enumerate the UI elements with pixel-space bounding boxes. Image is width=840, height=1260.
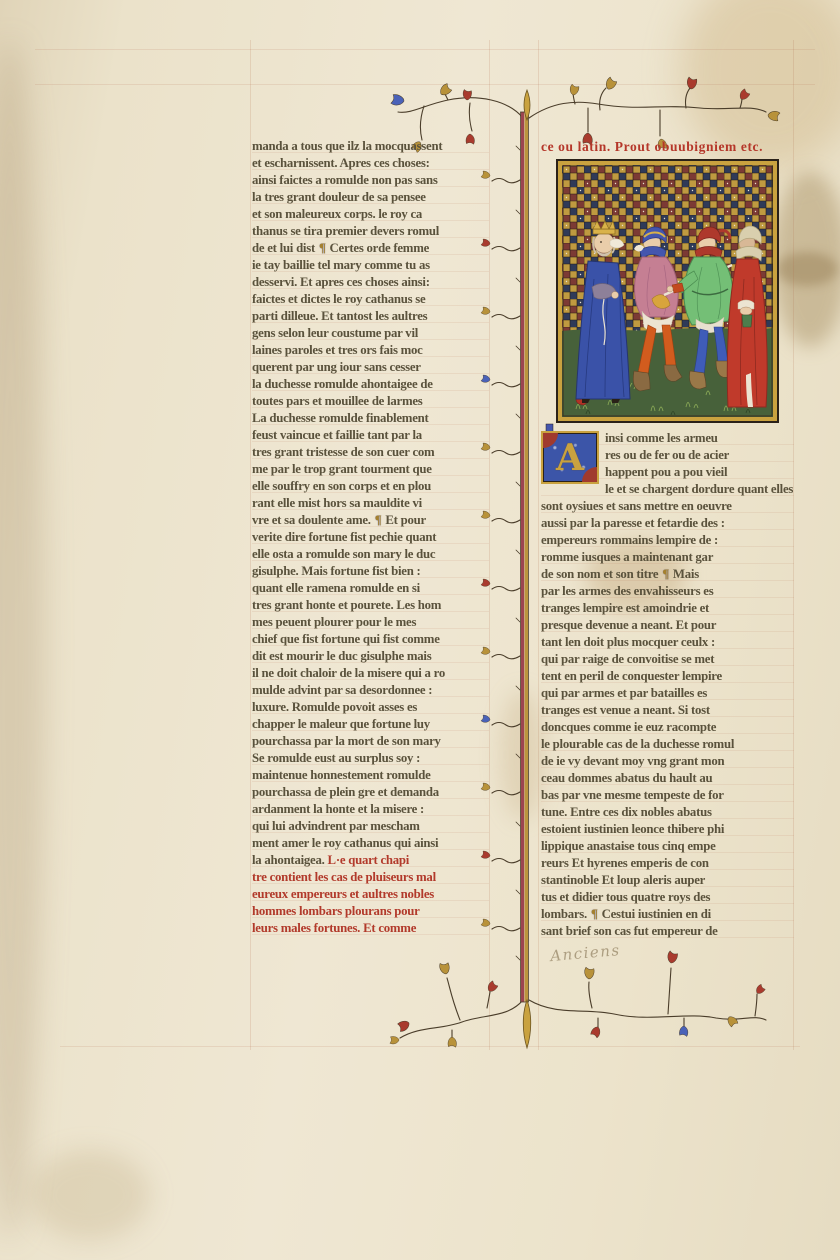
text-line: mes peuent plourer pour le mes	[252, 614, 489, 631]
initial-corner-ornament	[582, 467, 597, 482]
text-line: tent en peril de conquester lempire	[541, 668, 794, 685]
text-line: maintenue honnestement romulde	[252, 767, 489, 784]
text-line: mulde advint par sa desordonnee :	[252, 682, 489, 699]
text-line: pourchassa par la mort de son mary	[252, 733, 489, 750]
text-line: par les armes des envahisseurs es	[541, 583, 794, 600]
text-line: La duchesse romulde finablement	[252, 410, 489, 427]
text-line: rant elle mist hors sa mauldite vi	[252, 495, 489, 512]
text-line: feust vaincue et faillie tant par la	[252, 427, 489, 444]
text-line: tre contient les cas de pluiseurs mal	[252, 869, 489, 886]
text-line: de ie vy devant moy vng grant mon	[541, 753, 794, 770]
text-line: ainsi faictes a romulde non pas sans	[252, 172, 489, 189]
text-line: Se romulde eust au surplus soy :	[252, 750, 489, 767]
text-line: querent par ung iour sans cesser	[252, 359, 489, 376]
miniature-painting	[556, 159, 779, 423]
text-line: reurs Et hyrenes emperis de con	[541, 855, 794, 872]
text-line: dit est mourir le duc gisulphe mais	[252, 648, 489, 665]
text-line: eureux empereurs et aultres nobles	[252, 886, 489, 903]
pilcrow-mark: ¶	[590, 907, 599, 921]
text-line: desservi. Et apres ces choses ainsi:	[252, 274, 489, 291]
pilcrow-mark: ¶	[318, 241, 327, 255]
text-line: et escharnissent. Apres ces choses:	[252, 155, 489, 172]
text-line: et son maleureux corps. le roy ca	[252, 206, 489, 223]
text-line: de son nom et son titre ¶ Mais	[541, 566, 794, 583]
text-line: chapper le maleur que fortune luy	[252, 716, 489, 733]
text-line: sont oysiues et sans mettre en oeuvre	[541, 498, 794, 515]
text-line: tune. Entre ces dix nobles abatus	[541, 804, 794, 821]
text-line: tres grant tristesse de son cuer com	[252, 444, 489, 461]
text-line: leurs males fortunes. Et comme	[252, 920, 489, 937]
text-line: estoient iustinien leonce thibere phi	[541, 821, 794, 838]
text-line: empereurs rommains lempire de :	[541, 532, 794, 549]
text-line: pourchassa de plein gre et demanda	[252, 784, 489, 801]
text-line: aussi par la paresse et fetardie des :	[541, 515, 794, 532]
text-line: le plourable cas de la duchesse romul	[541, 736, 794, 753]
text-line: elle osta a romulde son mary le duc	[252, 546, 489, 563]
text-line: luxure. Romulde povoit asses es	[252, 699, 489, 716]
text-line: elle souffry en son corps et en plou	[252, 478, 489, 495]
text-line: bas par vne mesme tempeste de for	[541, 787, 794, 804]
text-line: chief que fist fortune qui fist comme	[252, 631, 489, 648]
text-line: faictes et dictes le roy cathanus se	[252, 291, 489, 308]
text-line: lombars. ¶ Cestui iustinien en di	[541, 906, 794, 923]
text-line: qui lui advindrent par mescham	[252, 818, 489, 835]
pilcrow-mark: ¶	[374, 513, 383, 527]
text-line: tranges est venue a neant. Si tost	[541, 702, 794, 719]
pilcrow-mark: ¶	[661, 567, 670, 581]
decorated-initial-A: A	[541, 431, 599, 484]
text-line: tranges lempire est amoindrie et	[541, 600, 794, 617]
text-line: toutes pars et mouillee de larmes	[252, 393, 489, 410]
text-line: parti dilleue. Et tantost les aultres	[252, 308, 489, 325]
text-line: qui par raige de convoitise se met	[541, 651, 794, 668]
text-line: lippique anastaise tous cinq empe	[541, 838, 794, 855]
text-line: stantinoble Et loup aleris auper	[541, 872, 794, 889]
text-line: presque devenue a neant. Et pour	[541, 617, 794, 634]
text-line: quant elle ramena romulde en si	[252, 580, 489, 597]
text-line: tus et didier tous quatre roys des	[541, 889, 794, 906]
text-line: ardanment la honte et la misere :	[252, 801, 489, 818]
text-line: de et lui dist ¶ Certes orde femme	[252, 240, 489, 257]
text-line: manda a tous que ilz la mocquassent	[252, 138, 489, 155]
right-text-column: A insi comme les armeures ou de fer ou d…	[541, 430, 794, 940]
text-line: doncques comme ie euz racompte	[541, 719, 794, 736]
text-line: me par le trop grant tourment que	[252, 461, 489, 478]
text-line: hommes lombars plourans pour	[252, 903, 489, 920]
text-line: la duchesse romulde ahontaigee de	[252, 376, 489, 393]
initial-letter: A	[556, 440, 584, 476]
text-line: romme iusques a maintenant gar	[541, 549, 794, 566]
text-line: vre et sa doulente ame. ¶ Et pour	[252, 512, 489, 529]
left-text-column: manda a tous que ilz la mocquassentet es…	[252, 138, 489, 937]
text-line: verite dire fortune fist pechie quant	[252, 529, 489, 546]
text-line: thanus se tira premier devers romul	[252, 223, 489, 240]
text-line: ceau dommes abatus du hault au	[541, 770, 794, 787]
text-line: gens selon leur coustume par vil	[252, 325, 489, 342]
manuscript-page: manda a tous que ilz la mocquassentet es…	[0, 0, 840, 1260]
text-line: tres grant honte et pourete. Les hom	[252, 597, 489, 614]
text-line: ie tay baillie tel mary comme tu as	[252, 257, 489, 274]
text-line: ment amer le roy cathanus qui ainsi	[252, 835, 489, 852]
text-line: il ne doit chaloir de la misere qui a ro	[252, 665, 489, 682]
text-line: la ahontaigea. L·e quart chapi	[252, 852, 489, 869]
text-line: qui par armes et par batailles es	[541, 685, 794, 702]
chapter-header-rubric: ce ou latin. Prout obuubigniem etc.	[541, 139, 793, 155]
text-line: laines paroles et tres ors fais moc	[252, 342, 489, 359]
text-line: tant len doit plus mocquer ceulx :	[541, 634, 794, 651]
text-line: la tres grant douleur de sa pensee	[252, 189, 489, 206]
text-line: gisulphe. Mais fortune fist bien :	[252, 563, 489, 580]
